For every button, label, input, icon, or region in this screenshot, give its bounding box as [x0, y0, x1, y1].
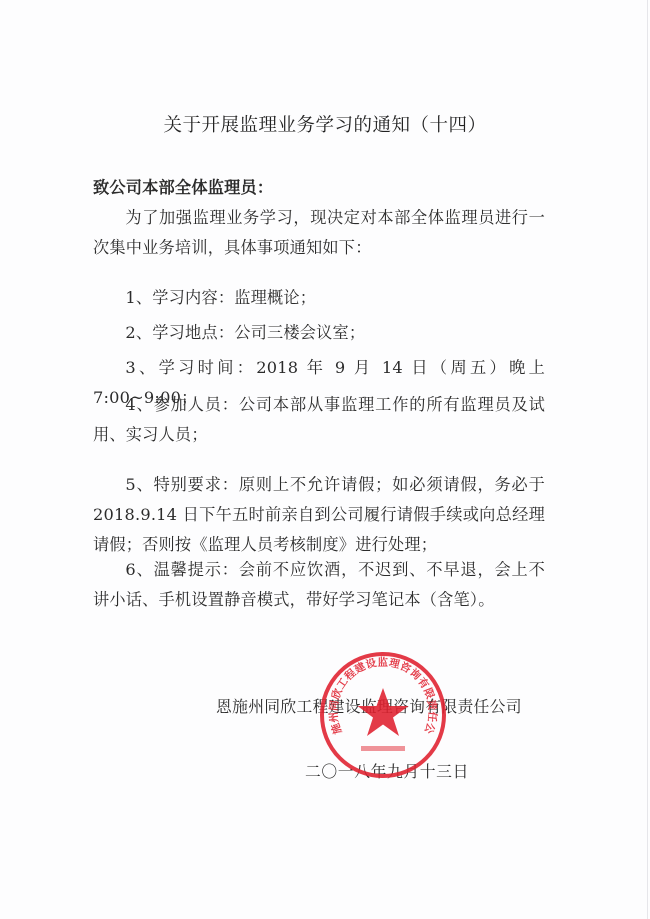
- intro-paragraph: 为了加强监理业务学习，现决定对本部全体监理员进行一次集中业务培训，具体事项通知如…: [93, 203, 545, 263]
- signature-date: 二〇一八年九月十三日: [305, 759, 469, 782]
- signature-company: 恩施州同欣工程建设监理咨询有限责任公司: [216, 694, 522, 717]
- item-content: 1、学习内容：监理概论；: [93, 283, 545, 313]
- document-page: 关于开展监理业务学习的通知（十四） 致公司本部全体监理员： 为了加强监理业务学习…: [0, 0, 650, 919]
- svg-text:恩施州同欣工程建设监理咨询有限责任公司: 恩施州同欣工程建设监理咨询有限责任公司: [318, 650, 439, 736]
- page-edge: [647, 0, 648, 919]
- document-title: 关于开展监理业务学习的通知（十四）: [0, 111, 650, 137]
- salutation: 致公司本部全体监理员：: [93, 173, 545, 203]
- item-reminder: 6、温馨提示：会前不应饮酒，不迟到、不早退，会上不讲小话、手机设置静音模式，带好…: [93, 555, 545, 615]
- item-participants: 4、参加人员：公司本部从事监理工作的所有监理员及试用、实习人员；: [93, 390, 545, 450]
- item-requirements: 5、特别要求：原则上不允许请假；如必须请假，务必于 2018.9.14 日下午五…: [93, 470, 545, 560]
- item-location: 2、学习地点：公司三楼会议室；: [93, 318, 545, 348]
